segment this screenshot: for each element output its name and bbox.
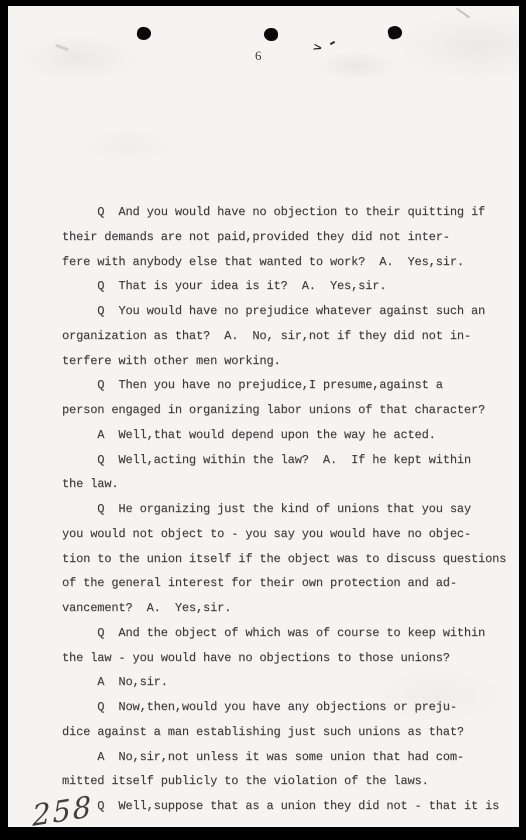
typed-line: dice against a man establishing just suc…: [62, 720, 519, 745]
pen-tick-mark: [330, 41, 335, 45]
typed-line: A No,sir,not unless it was some union th…: [62, 745, 519, 770]
typed-line: Q He organizing just the kind of unions …: [62, 497, 519, 522]
typed-line: person engaged in organizing labor union…: [62, 398, 519, 423]
typed-line: Q Well,suppose that as a union they did …: [62, 794, 519, 819]
typed-line: terfere with other men working.: [62, 349, 519, 374]
typed-line: the law - you would have no objections t…: [62, 646, 519, 671]
scan-smudge: [55, 44, 69, 52]
typed-line: vancement? A. Yes,sir.: [62, 596, 519, 621]
typed-line: Q And you would have no objection to the…: [62, 200, 519, 225]
pen-check-mark: >: [312, 42, 323, 56]
page-number: 6: [255, 48, 262, 64]
typed-line: A Well,that would depend upon the way he…: [62, 423, 519, 448]
typed-line: mitted itself publicly to the violation …: [62, 769, 519, 794]
typed-line: organization as that? A. No, sir,not if …: [62, 324, 519, 349]
ink-dot-icon: [387, 25, 403, 41]
ink-dot-icon: [264, 28, 278, 41]
handwritten-page-number: 258: [32, 789, 93, 827]
typed-line: Q Then you have no prejudice,I presume,a…: [62, 373, 519, 398]
typed-line: Q That is your idea is it? A. Yes,sir.: [62, 274, 519, 299]
scanned-page: 6 > Q And you would have no objection to…: [0, 0, 526, 840]
typed-line: Q And the object of which was of course …: [62, 621, 519, 646]
transcript-body: Q And you would have no objection to the…: [62, 200, 519, 819]
typed-line: Q Well,acting within the law? A. If he k…: [62, 448, 519, 473]
typed-line: the law.: [62, 472, 519, 497]
typed-line: fere with anybody else that wanted to wo…: [62, 250, 519, 275]
typed-line: tion to the union itself if the object w…: [62, 547, 519, 572]
paper-sheet: 6 > Q And you would have no objection to…: [8, 6, 519, 827]
typed-line: their demands are not paid,provided they…: [62, 225, 519, 250]
typed-line: you would not object to - you say you wo…: [62, 522, 519, 547]
typed-line: A No,sir.: [62, 670, 519, 695]
typed-line: of the general interest for their own pr…: [62, 571, 519, 596]
ink-dot-icon: [136, 26, 152, 41]
typed-line: Q Now,then,would you have any objections…: [62, 695, 519, 720]
scan-smudge: [456, 8, 470, 19]
typed-line: Q You would have no prejudice whatever a…: [62, 299, 519, 324]
